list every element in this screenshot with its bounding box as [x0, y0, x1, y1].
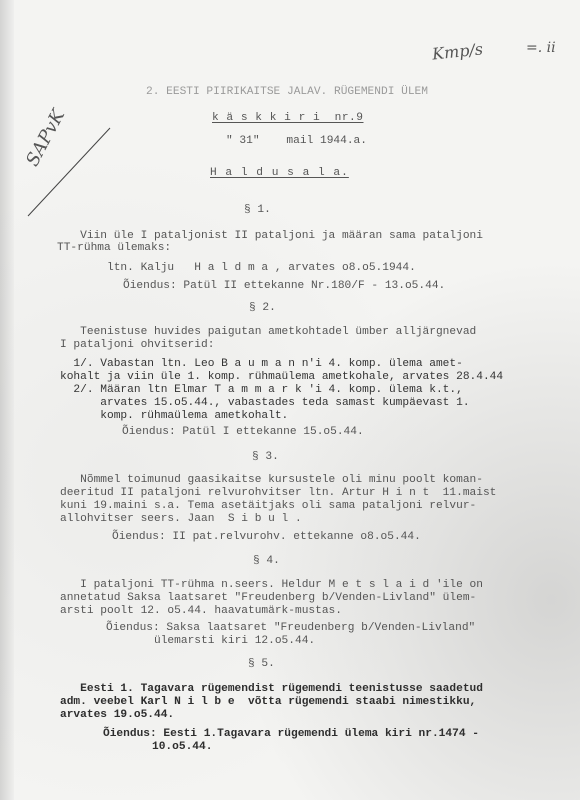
- section-5-line-3: arvates 19.o5.44.: [60, 709, 174, 722]
- section-5-note: Õiendus: Eesti 1.Tagavara rügemendi ülem…: [103, 728, 479, 741]
- section-4-note: Õiendus: Saksa laatsaret "Freudenberg b/…: [106, 622, 475, 635]
- unit-title: 2. EESTI PIIRIKAITSE JALAV. RÜGEMENDI ÜL…: [146, 86, 428, 99]
- section-2-item-1-cont: kohalt ja viin üle 1. komp. rühmaülema a…: [60, 371, 503, 384]
- section-title: H a l d u s a l a.: [210, 167, 349, 180]
- section-1-heading: § 1.: [244, 204, 271, 217]
- page-binding-edge: [0, 0, 14, 800]
- section-2-item-2: 2/. Määran ltn Elmar T a m m a r k 'i 4.…: [60, 384, 463, 397]
- section-2-item-1: 1/. Vabastan ltn. Leo B a u m a n n'i 4.…: [60, 358, 463, 371]
- section-3-line-1: Nõmmel toimunud gaasikaitse kursustele o…: [60, 474, 483, 487]
- section-4-line-2: annetatud Saksa laatsaret "Freudenberg b…: [60, 592, 476, 605]
- section-4-note-cont: ülemarsti kiri 12.o5.44.: [154, 635, 315, 648]
- section-1-note: Õiendus: Patül II ettekanne Nr.180/F - 1…: [123, 280, 445, 293]
- section-2-line-2: I pataljoni ohvitserid:: [60, 339, 214, 352]
- section-2-item-2-cont: arvates 15.o5.44., vabastades teda samas…: [60, 397, 470, 410]
- section-5-heading: § 5.: [248, 658, 275, 671]
- document-date: " 31" mail 1944.a.: [226, 135, 367, 148]
- section-5-note-cont: 10.o5.44.: [152, 741, 212, 754]
- section-2-heading: § 2.: [249, 302, 276, 315]
- section-1-line-2: TT-rühma ülemaks:: [57, 242, 171, 255]
- section-2-note: Õiendus: Patül I ettekanne 15.o5.44.: [122, 426, 364, 439]
- section-3-note: Õiendus: II pat.relvurohv. ettekanne o8.…: [112, 531, 421, 544]
- section-3-heading: § 3.: [252, 451, 279, 464]
- section-4-heading: § 4.: [253, 555, 280, 568]
- section-5-line-2: adm. veebel Karl N i l b e võtta rügemen…: [60, 696, 476, 709]
- section-3-line-3: kuni 19.maini s.a. Tema asetäitjaks oli …: [60, 500, 476, 513]
- section-3-line-2: deeritud II pataljoni relvurohvitser ltn…: [60, 487, 496, 500]
- document-type: k ä s k k i r i nr.9: [212, 112, 364, 125]
- handwritten-mark: =. ii: [526, 40, 556, 56]
- scanned-document-page: Kmp/s =. ii 2. EESTI PIIRIKAITSE JALAV. …: [0, 0, 580, 800]
- section-2-line-1: Teenistuse huvides paigutan ametkohtadel…: [60, 326, 476, 339]
- section-3-line-4: allohvitser seers. Jaan S i b u l .: [60, 513, 302, 526]
- section-1-entry: ltn. Kalju H a l d m a , arvates o8.o5.1…: [107, 262, 416, 275]
- section-4-line-1: I pataljoni TT-rühma n.seers. Heldur M e…: [60, 579, 483, 592]
- handwritten-note: Kmp/s: [431, 39, 484, 63]
- section-2-item-2-cont2: komp. rühmaülema ametkohalt.: [60, 410, 288, 423]
- section-4-line-3: arsti poolt 12. o5.44. haavatumärk-musta…: [60, 605, 342, 618]
- section-5-line-1: Eesti 1. Tagavara rügemendist rügemendi …: [60, 683, 483, 696]
